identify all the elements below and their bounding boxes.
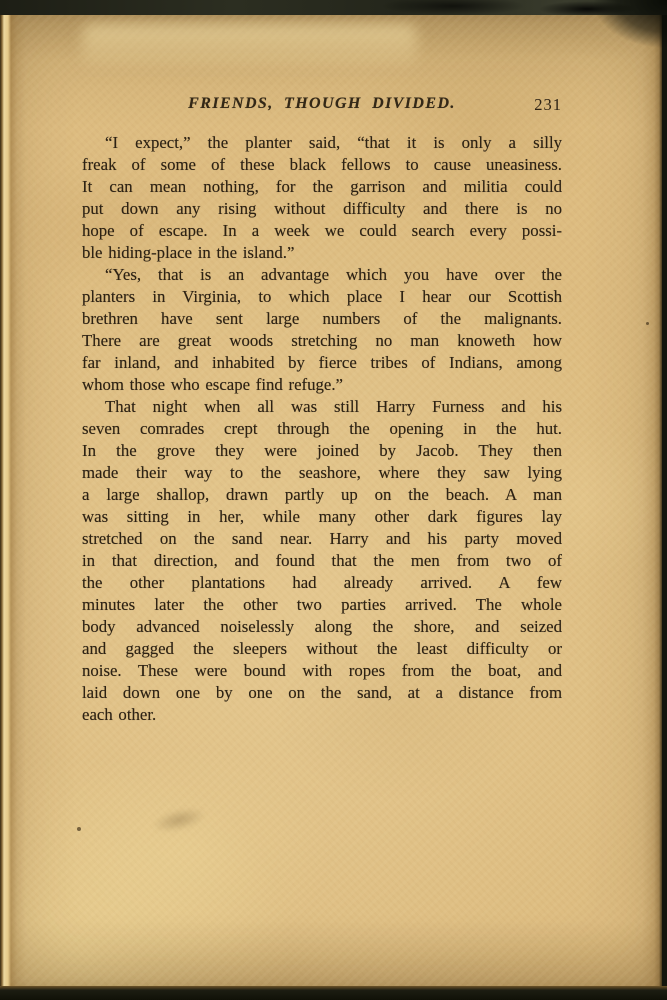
text-line: put down any rising without difficulty a… bbox=[82, 198, 562, 220]
text-line: laid down one by one on the sand, at a d… bbox=[82, 682, 562, 704]
text-line: That night when all was still Harry Furn… bbox=[82, 396, 562, 418]
book-scan: FRIENDS, THOUGH DIVIDED. 231 “I expect,”… bbox=[0, 0, 667, 1000]
running-header: FRIENDS, THOUGH DIVIDED. 231 bbox=[82, 95, 562, 119]
text-line: made their way to the seashore, where th… bbox=[82, 462, 562, 484]
text-line: brethren have sent large numbers of the … bbox=[82, 308, 562, 330]
text-line: hope of escape. In a week we could searc… bbox=[82, 220, 562, 242]
text-line: and gagged the sleepers without the leas… bbox=[82, 638, 562, 660]
text-line: body advanced noiselessly along the shor… bbox=[82, 616, 562, 638]
paragraph: “I expect,” the planter said, “that it i… bbox=[82, 132, 562, 264]
text-line: “Yes, that is an advantage which you hav… bbox=[82, 264, 562, 286]
text-line: seven comrades crept through the opening… bbox=[82, 418, 562, 440]
text-line: noise. These were bound with ropes from … bbox=[82, 660, 562, 682]
ink-speck bbox=[646, 322, 649, 325]
page-body: “I expect,” the planter said, “that it i… bbox=[82, 132, 562, 726]
top-right-corner-shadow bbox=[547, 0, 667, 90]
scanner-light-streak bbox=[82, 24, 417, 66]
text-line: “I expect,” the planter said, “that it i… bbox=[82, 132, 562, 154]
running-title: FRIENDS, THOUGH DIVIDED. bbox=[82, 95, 562, 113]
text-line: in that direction, and found that the me… bbox=[82, 550, 562, 572]
book-page: FRIENDS, THOUGH DIVIDED. 231 “I expect,”… bbox=[0, 11, 662, 989]
text-line: the other plantations had already arrive… bbox=[82, 572, 562, 594]
paragraph: That night when all was still Harry Furn… bbox=[82, 396, 562, 726]
text-line: planters in Virginia, to which place I h… bbox=[82, 286, 562, 308]
page-content: FRIENDS, THOUGH DIVIDED. 231 “I expect,”… bbox=[82, 95, 562, 726]
page-right-edge bbox=[642, 11, 662, 989]
text-line: In the grove they were joined by Jacob. … bbox=[82, 440, 562, 462]
scan-bottom-border bbox=[0, 986, 667, 1000]
text-line: freak of some of these black fellows to … bbox=[82, 154, 562, 176]
text-line: It can mean nothing, for the garrison an… bbox=[82, 176, 562, 198]
ink-speck bbox=[77, 827, 81, 831]
text-line: stretched on the sand near. Harry and hi… bbox=[82, 528, 562, 550]
text-line: was sitting in her, while many other dar… bbox=[82, 506, 562, 528]
text-line: whom those who escape find refuge.” bbox=[82, 374, 562, 396]
paragraph: “Yes, that is an advantage which you hav… bbox=[82, 264, 562, 396]
text-line: There are great woods stretching no man … bbox=[82, 330, 562, 352]
page-number: 231 bbox=[534, 95, 562, 115]
text-line: far inland, and inhabited by fierce trib… bbox=[82, 352, 562, 374]
page-left-edge bbox=[0, 11, 26, 989]
text-line: minutes later the other two parties arri… bbox=[82, 594, 562, 616]
text-line: a large shallop, drawn partly up on the … bbox=[82, 484, 562, 506]
text-line: each other. bbox=[82, 704, 562, 726]
text-line: ble hiding-place in the island.” bbox=[82, 242, 562, 264]
